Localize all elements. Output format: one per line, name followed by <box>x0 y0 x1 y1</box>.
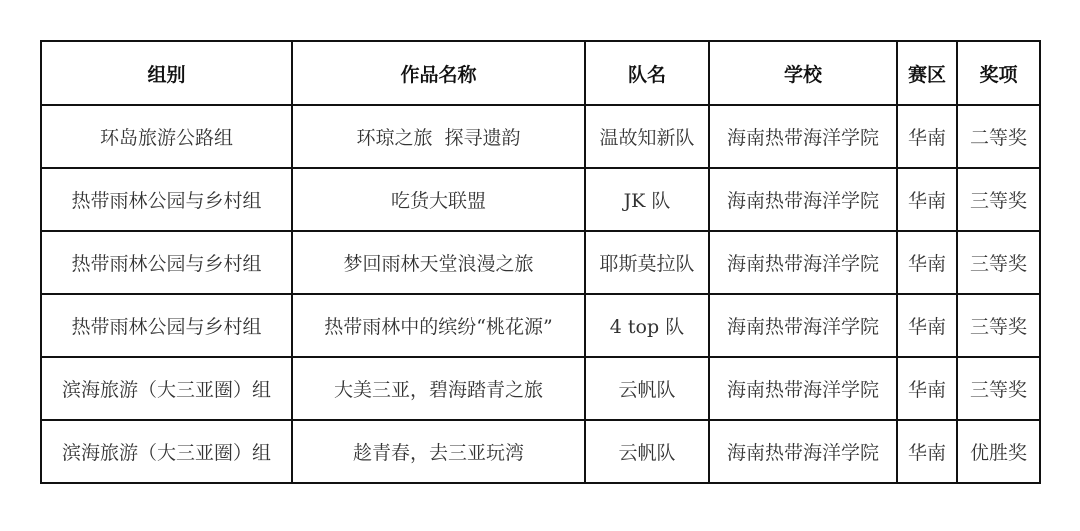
cell-work-title: 大美三亚，碧海踏青之旅 <box>292 357 585 420</box>
cell-team-name: 耶斯莫拉队 <box>585 231 709 294</box>
cell-group: 环岛旅游公路组 <box>41 105 292 168</box>
cell-group: 热带雨林公园与乡村组 <box>41 168 292 231</box>
cell-region: 华南 <box>897 168 957 231</box>
cell-group: 热带雨林公园与乡村组 <box>41 294 292 357</box>
header-group: 组别 <box>41 41 292 105</box>
table-row: 热带雨林公园与乡村组 热带雨林中的缤纷“桃花源” 4 top 队 海南热带海洋学… <box>41 294 1040 357</box>
cell-school: 海南热带海洋学院 <box>709 105 897 168</box>
cell-team-name: 云帆队 <box>585 420 709 483</box>
awards-table: 组别 作品名称 队名 学校 赛区 奖项 环岛旅游公路组 环琼之旅 探寻遗韵 温故… <box>40 40 1041 484</box>
cell-work-title: 梦回雨林天堂浪漫之旅 <box>292 231 585 294</box>
cell-school: 海南热带海洋学院 <box>709 420 897 483</box>
table-row: 热带雨林公园与乡村组 梦回雨林天堂浪漫之旅 耶斯莫拉队 海南热带海洋学院 华南 … <box>41 231 1040 294</box>
cell-award: 三等奖 <box>957 168 1040 231</box>
header-work-title: 作品名称 <box>292 41 585 105</box>
cell-work-title: 吃货大联盟 <box>292 168 585 231</box>
cell-group: 滨海旅游（大三亚圈）组 <box>41 420 292 483</box>
cell-award: 二等奖 <box>957 105 1040 168</box>
cell-school: 海南热带海洋学院 <box>709 357 897 420</box>
cell-team-name: 云帆队 <box>585 357 709 420</box>
cell-region: 华南 <box>897 105 957 168</box>
cell-school: 海南热带海洋学院 <box>709 231 897 294</box>
cell-award: 三等奖 <box>957 294 1040 357</box>
header-team-name: 队名 <box>585 41 709 105</box>
cell-award: 三等奖 <box>957 357 1040 420</box>
cell-region: 华南 <box>897 294 957 357</box>
cell-school: 海南热带海洋学院 <box>709 168 897 231</box>
cell-team-name: JK 队 <box>585 168 709 231</box>
table-header-row: 组别 作品名称 队名 学校 赛区 奖项 <box>41 41 1040 105</box>
header-award: 奖项 <box>957 41 1040 105</box>
table-row: 环岛旅游公路组 环琼之旅 探寻遗韵 温故知新队 海南热带海洋学院 华南 二等奖 <box>41 105 1040 168</box>
cell-region: 华南 <box>897 357 957 420</box>
cell-work-title: 热带雨林中的缤纷“桃花源” <box>292 294 585 357</box>
cell-region: 华南 <box>897 231 957 294</box>
cell-award: 优胜奖 <box>957 420 1040 483</box>
header-school: 学校 <box>709 41 897 105</box>
cell-region: 华南 <box>897 420 957 483</box>
cell-work-title: 环琼之旅 探寻遗韵 <box>292 105 585 168</box>
table-row: 滨海旅游（大三亚圈）组 趁青春，去三亚玩湾 云帆队 海南热带海洋学院 华南 优胜… <box>41 420 1040 483</box>
cell-group: 热带雨林公园与乡村组 <box>41 231 292 294</box>
cell-team-name: 4 top 队 <box>585 294 709 357</box>
header-region: 赛区 <box>897 41 957 105</box>
cell-school: 海南热带海洋学院 <box>709 294 897 357</box>
cell-award: 三等奖 <box>957 231 1040 294</box>
cell-work-title: 趁青春，去三亚玩湾 <box>292 420 585 483</box>
table-row: 热带雨林公园与乡村组 吃货大联盟 JK 队 海南热带海洋学院 华南 三等奖 <box>41 168 1040 231</box>
cell-group: 滨海旅游（大三亚圈）组 <box>41 357 292 420</box>
cell-team-name: 温故知新队 <box>585 105 709 168</box>
table-row: 滨海旅游（大三亚圈）组 大美三亚，碧海踏青之旅 云帆队 海南热带海洋学院 华南 … <box>41 357 1040 420</box>
